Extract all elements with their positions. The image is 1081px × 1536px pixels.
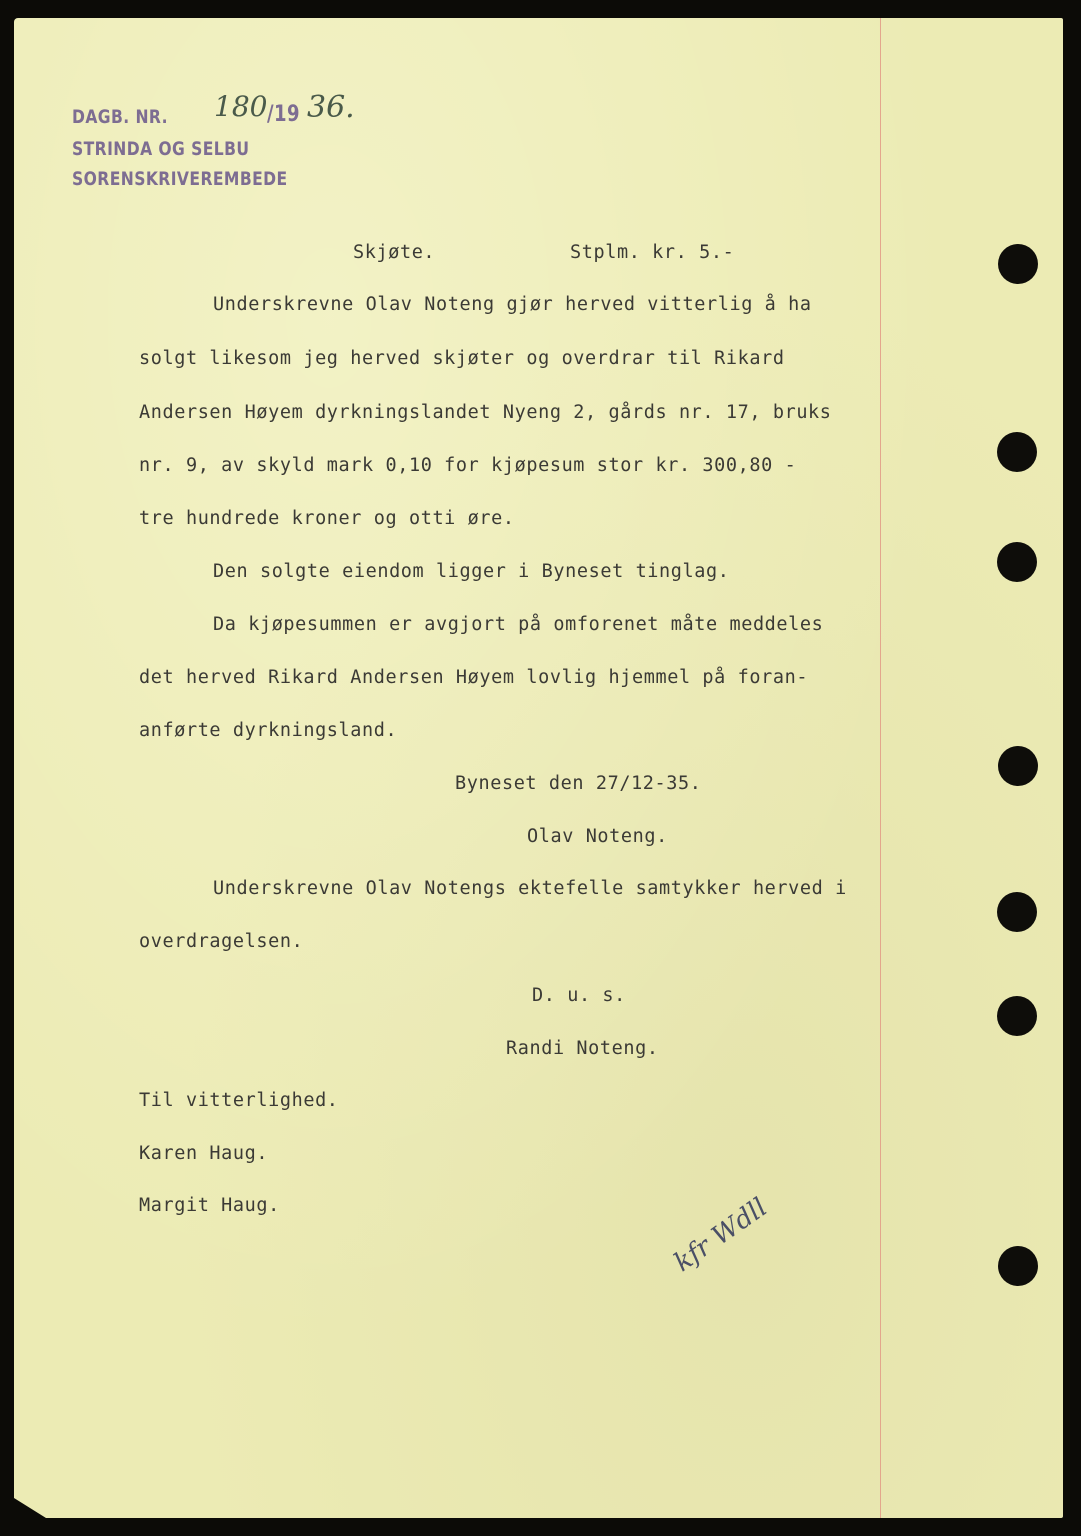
consent-line: overdragelsen. [139,931,303,952]
punch-hole-icon [997,996,1037,1036]
witness-name: Karen Haug. [139,1143,268,1164]
text-line: Den solgte eiendom ligger i Byneset ting… [213,561,729,582]
text-line: Da kjøpesummen er avgjort på omforenet m… [213,614,823,635]
closing: D. u. s. [532,985,626,1006]
spouse-signature: Randi Noteng. [506,1038,659,1059]
year-prefix: /19 [267,102,300,127]
punch-hole-icon [998,746,1038,786]
witness-heading: Til vitterlighed. [139,1090,339,1111]
punch-hole-icon [997,432,1037,472]
seller-signature: Olav Noteng. [527,826,668,847]
document-title: Skjøte. [353,242,435,263]
office-line-1: STRINDA OG SELBU [72,138,249,160]
place-date: Byneset den 27/12-35. [455,773,702,794]
text-line: tre hundrede kroner og otti øre. [139,508,515,529]
stamp-fee: Stplm. kr. 5.- [570,242,734,263]
text-line: nr. 9, av skyld mark 0,10 for kjøpesum s… [139,455,796,476]
document-page: DAGB. NR. 180 /19 36. STRINDA OG SELBU S… [14,18,1063,1518]
handwritten-note: kfr Wdll [669,1193,773,1278]
year-suffix: 36. [307,90,355,125]
punch-hole-icon [997,542,1037,582]
text-line: Andersen Høyem dyrkningslandet Nyeng 2, … [139,402,832,423]
red-margin-line [880,18,881,1518]
punch-hole-icon [998,244,1038,284]
dagb-number: 180 [214,90,267,123]
text-line: anførte dyrkningsland. [139,720,397,741]
office-line-2: SORENSKRIVEREMBEDE [72,168,288,190]
punch-hole-icon [998,1246,1038,1286]
witness-name: Margit Haug. [139,1195,280,1216]
text-line: Underskrevne Olav Noteng gjør herved vit… [213,294,812,315]
dagb-label: DAGB. NR. [72,106,168,128]
consent-line: Underskrevne Olav Notengs ektefelle samt… [213,878,847,899]
text-line: det herved Rikard Andersen Høyem lovlig … [139,667,808,688]
text-line: solgt likesom jeg herved skjøter og over… [139,348,785,369]
punch-hole-icon [997,892,1037,932]
page-corner [14,1498,46,1518]
